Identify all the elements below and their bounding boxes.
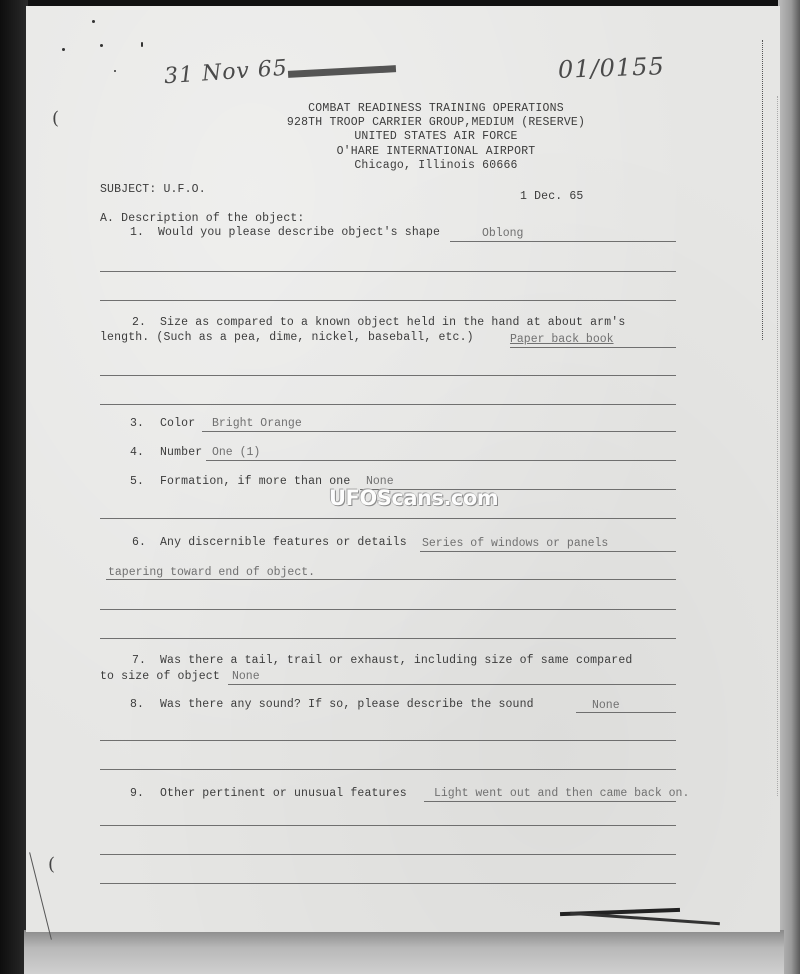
question-9-prompt: Other pertinent or unusual features bbox=[160, 787, 407, 800]
answer-line bbox=[100, 609, 676, 610]
question-5-prompt: Formation, if more than one bbox=[160, 475, 350, 488]
answer-line bbox=[100, 404, 676, 405]
question-5-number: 5. bbox=[130, 475, 144, 488]
speck bbox=[62, 48, 65, 51]
underlying-sheet bbox=[24, 930, 784, 974]
answer-line bbox=[100, 883, 676, 884]
question-2-number: 2. bbox=[132, 316, 146, 329]
question-8-number: 8. bbox=[130, 698, 144, 711]
subject-line: SUBJECT: U.F.O. bbox=[100, 183, 206, 196]
question-7-prompt-cont: to size of object bbox=[100, 670, 220, 683]
scan-border-right bbox=[778, 0, 800, 974]
question-1-number: 1. bbox=[130, 226, 144, 239]
question-4-number: 4. bbox=[130, 446, 144, 459]
letterhead-line: 928TH TROOP CARRIER GROUP,MEDIUM (RESERV… bbox=[226, 116, 646, 130]
question-9-answer: Light went out and then came back on. bbox=[434, 787, 689, 800]
question-7-number: 7. bbox=[132, 654, 146, 667]
answer-line bbox=[450, 241, 676, 242]
handwritten-reference-number: 01/0155 bbox=[558, 52, 666, 84]
document-date: 1 Dec. 65 bbox=[520, 190, 583, 203]
question-2-prompt: Size as compared to a known object held … bbox=[160, 316, 625, 329]
binder-hole-mark: ( bbox=[52, 108, 59, 129]
speck bbox=[92, 20, 95, 23]
question-6-answer-cont: tapering toward end of object. bbox=[108, 566, 315, 579]
answer-line bbox=[228, 684, 676, 685]
answer-line bbox=[106, 579, 676, 580]
speck bbox=[114, 70, 116, 72]
answer-line bbox=[424, 801, 676, 802]
question-1-answer: Oblong bbox=[482, 227, 523, 240]
question-8-prompt: Was there any sound? If so, please descr… bbox=[160, 698, 534, 711]
question-1-prompt: Would you please describe object's shape bbox=[158, 226, 440, 239]
answer-line bbox=[100, 638, 676, 639]
answer-line bbox=[100, 740, 676, 741]
watermark: UFOScans.com bbox=[329, 486, 498, 510]
scan-border-left bbox=[0, 0, 28, 974]
document-page: ( ( 31 Nov 65 01/0155 COMBAT READINESS T… bbox=[26, 6, 780, 932]
answer-line bbox=[100, 854, 676, 855]
answer-line bbox=[510, 347, 676, 348]
handwritten-date-note: 31 Nov 65 bbox=[163, 56, 288, 90]
question-7-prompt: Was there a tail, trail or exhaust, incl… bbox=[160, 654, 632, 667]
speck bbox=[100, 44, 103, 47]
question-6-number: 6. bbox=[132, 536, 146, 549]
question-9-number: 9. bbox=[130, 787, 144, 800]
letterhead: COMBAT READINESS TRAINING OPERATIONS 928… bbox=[226, 102, 646, 173]
question-4-prompt: Number bbox=[160, 446, 202, 459]
question-6-answer: Series of windows or panels bbox=[422, 537, 608, 550]
answer-line bbox=[100, 271, 676, 272]
section-heading: A. Description of the object: bbox=[100, 212, 304, 225]
question-6-prompt: Any discernible features or details bbox=[160, 536, 407, 549]
question-3-answer: Bright Orange bbox=[212, 417, 302, 430]
binder-hole-mark: ( bbox=[48, 854, 55, 875]
question-2-prompt-cont: length. (Such as a pea, dime, nickel, ba… bbox=[100, 331, 474, 344]
question-4-answer: One (1) bbox=[212, 446, 260, 459]
question-7-answer: None bbox=[232, 670, 260, 683]
question-2-answer: Paper back book bbox=[510, 333, 614, 346]
answer-line bbox=[206, 460, 676, 461]
letterhead-line: COMBAT READINESS TRAINING OPERATIONS bbox=[226, 102, 646, 116]
answer-line bbox=[100, 375, 676, 376]
letterhead-line: Chicago, Illinois 60666 bbox=[226, 159, 646, 173]
answer-line bbox=[100, 300, 676, 301]
question-3-number: 3. bbox=[130, 417, 144, 430]
speck bbox=[141, 42, 143, 47]
answer-line bbox=[100, 769, 676, 770]
margin-rule bbox=[777, 96, 778, 796]
answer-line bbox=[202, 431, 676, 432]
margin-rule bbox=[762, 40, 763, 340]
question-3-prompt: Color bbox=[160, 417, 195, 430]
answer-line bbox=[100, 825, 676, 826]
answer-line bbox=[420, 551, 676, 552]
answer-line bbox=[100, 518, 676, 519]
struck-through-note bbox=[288, 65, 396, 78]
answer-line bbox=[576, 712, 676, 713]
letterhead-line: O'HARE INTERNATIONAL AIRPORT bbox=[226, 145, 646, 159]
letterhead-line: UNITED STATES AIR FORCE bbox=[226, 130, 646, 144]
question-8-answer: None bbox=[592, 699, 620, 712]
